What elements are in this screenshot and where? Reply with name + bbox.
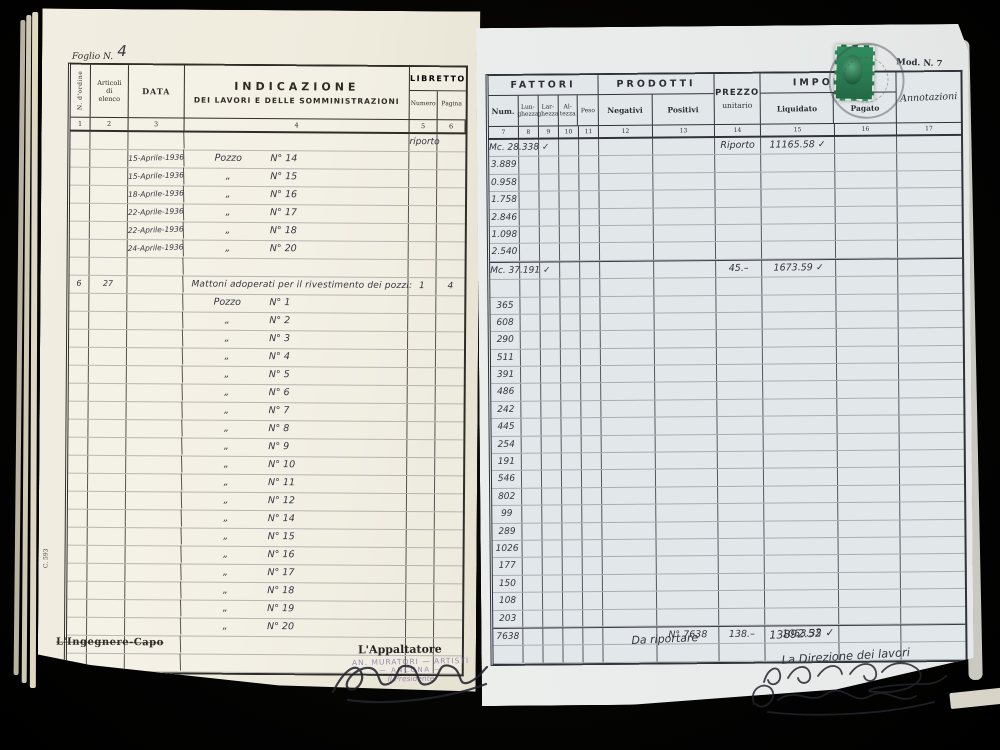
cell-lunghezza — [520, 280, 540, 297]
cell-libretto-pagina — [435, 440, 463, 457]
cell-peso — [582, 436, 602, 453]
cell-positivi — [653, 173, 715, 190]
cell-num: 445 — [491, 419, 521, 436]
table-row: „N° 20 — [67, 618, 462, 639]
column-header-ordine: N. d'ordine — [71, 65, 91, 117]
cell-date — [127, 311, 183, 330]
cell-negativi — [601, 314, 655, 331]
cell-num: 511 — [491, 349, 521, 366]
cell-altezza — [560, 262, 580, 279]
cell-annotazioni — [898, 276, 962, 293]
paper-stack-edge — [30, 12, 38, 688]
cell-peso — [579, 156, 599, 173]
cell-libretto-numero — [406, 602, 434, 619]
cell-positivi — [655, 365, 717, 382]
cell-libretto-numero — [407, 548, 435, 565]
cell-num: 177 — [493, 558, 523, 575]
cell-liquidato — [763, 381, 837, 398]
cell-pagato — [838, 520, 900, 537]
cell-num: 608 — [491, 315, 521, 332]
cell-larghezza — [541, 384, 561, 401]
cell-ordine — [68, 474, 88, 491]
cell-liquidato — [765, 555, 839, 572]
cell-pagato — [837, 398, 899, 415]
cell-annotazioni — [898, 223, 962, 240]
cell-altezza — [563, 646, 583, 663]
foglio-text: Foglio N. — [72, 52, 113, 62]
cell-liquidato — [765, 590, 839, 607]
cell-libretto-numero — [408, 332, 436, 349]
cell-lunghezza — [521, 419, 541, 436]
column-header-peso: Peso — [578, 95, 598, 125]
cell-prezzo — [719, 556, 765, 573]
cell-indicazione: „N° 15 — [182, 528, 407, 547]
cell-liquidato — [761, 189, 835, 206]
column-header-lunghezza: Lun- ghezza — [518, 96, 538, 126]
cell-peso — [581, 331, 601, 348]
cell-negativi — [600, 279, 654, 296]
cell-pagato — [839, 572, 901, 589]
cell-negativi — [602, 470, 656, 487]
cell-ordine — [70, 168, 90, 185]
cell-liquidato — [761, 154, 835, 171]
cell-indicazione: „N° 14 — [182, 510, 407, 529]
cell-annotazioni — [899, 398, 963, 415]
cell-indicazione: „N° 9 — [182, 438, 407, 457]
cell-negativi — [600, 243, 654, 260]
cell-pagato — [836, 259, 898, 276]
cell-articoli — [90, 132, 128, 149]
cell-libretto-pagina — [436, 386, 464, 403]
cell-negativi — [602, 453, 656, 470]
cell-date — [125, 527, 181, 546]
cell-ordine — [70, 132, 90, 149]
cell-annotazioni — [899, 346, 963, 363]
cell-peso — [580, 262, 600, 279]
cell-num: 1.098 — [490, 227, 520, 244]
cell-altezza — [563, 592, 583, 609]
cell-larghezza — [539, 157, 559, 174]
cell-libretto-pagina — [437, 260, 465, 277]
cell-lunghezza — [520, 209, 540, 226]
table-row: riporto — [70, 132, 465, 153]
table-row: „N° 11 — [68, 474, 463, 495]
cell-positivi — [656, 435, 718, 452]
cell-peso — [582, 471, 602, 488]
cell-date: 15-Aprile-1936 — [128, 167, 184, 186]
cell-negativi — [603, 592, 657, 609]
column-header-negativi: Negativi — [599, 95, 653, 125]
cell-liquidato: 11165.58 ✓ — [761, 137, 835, 154]
cell-prezzo: Riporto — [715, 138, 761, 155]
cell-lunghezza — [521, 401, 541, 418]
cell-prezzo — [717, 347, 763, 364]
group-header-fattori: FATTORI Num. Lun- ghezza Lar- ghezza Al-… — [488, 75, 598, 126]
cell-prezzo — [717, 400, 763, 417]
cell-liquidato — [763, 364, 837, 381]
cell-libretto-numero — [406, 584, 434, 601]
cell-larghezza — [543, 558, 563, 575]
cell-larghezza — [543, 646, 563, 663]
cell-ordine — [69, 384, 89, 401]
cell-altezza — [561, 314, 581, 331]
cell-articoli — [87, 618, 125, 635]
cell-pagato — [837, 346, 899, 363]
cell-larghezza — [540, 209, 560, 226]
cell-pagato — [838, 503, 900, 520]
cell-date — [125, 545, 181, 564]
cell-articoli — [88, 456, 126, 473]
cell-altezza — [560, 244, 580, 261]
cell-altezza — [560, 279, 580, 296]
cell-positivi — [654, 278, 716, 295]
cell-num: 546 — [492, 471, 522, 488]
cell-lunghezza — [522, 471, 542, 488]
cell-articoli — [89, 384, 127, 401]
cell-indicazione: „N° 16 — [182, 546, 407, 565]
cell-lunghezza — [521, 349, 541, 366]
cell-annotazioni — [901, 625, 965, 642]
cell-liquidato — [764, 503, 838, 520]
cell-peso — [581, 401, 601, 418]
cell-prezzo — [717, 382, 763, 399]
cell-annotazioni — [900, 520, 964, 537]
cell-libretto-numero — [407, 458, 435, 475]
left-table-rows: riporto 15-Aprile-1936 PozzoN° 14 15-Apr… — [67, 132, 466, 675]
ledger-left-page: Foglio N.4 C. 593 N. d'ordine Articoli d… — [38, 8, 481, 691]
cell-num: 486 — [491, 384, 521, 401]
table-row: 18-Aprile-1936 „N° 16 — [70, 186, 465, 207]
cell-ordine — [70, 258, 90, 275]
cell-date — [127, 365, 183, 384]
cell-num: Mc. 28.338 ✓ — [489, 140, 519, 157]
cell-larghezza — [539, 139, 559, 156]
cell-libretto-numero — [409, 206, 437, 223]
cell-articoli — [89, 312, 127, 329]
cell-positivi — [654, 296, 716, 313]
cell-indicazione: „N° 5 — [183, 366, 408, 385]
cell-larghezza — [542, 471, 562, 488]
cell-positivi — [656, 469, 718, 486]
cell-ordine — [69, 402, 89, 419]
cell-indicazione: PozzoN° 1 — [183, 294, 408, 313]
cell-num: 391 — [491, 367, 521, 384]
cell-annotazioni — [897, 188, 961, 205]
cell-pagato — [839, 537, 901, 554]
cell-liquidato — [763, 416, 837, 433]
cell-liquidato — [765, 608, 839, 625]
cell-altezza — [559, 191, 579, 208]
cell-libretto-numero — [407, 476, 435, 493]
cell-date — [125, 581, 181, 600]
cell-lunghezza — [523, 575, 543, 592]
cell-annotazioni — [898, 259, 962, 276]
cell-lunghezza — [522, 506, 542, 523]
cell-annotazioni — [899, 328, 963, 345]
cell-altezza — [559, 157, 579, 174]
cell-positivi — [653, 155, 715, 172]
cell-indicazione: „N° 20 — [184, 240, 409, 259]
cell-negativi — [600, 226, 654, 243]
cell-ordine — [70, 186, 90, 203]
cell-date — [126, 509, 182, 528]
cell-ordine — [70, 150, 90, 167]
cell-larghezza — [543, 628, 563, 645]
column-header-num: Num. — [489, 96, 519, 126]
cell-altezza — [562, 505, 582, 522]
cell-libretto-numero — [409, 242, 437, 259]
cell-peso — [582, 453, 602, 470]
cell-larghezza — [541, 332, 561, 349]
cell-ordine — [68, 438, 88, 455]
cell-libretto-numero — [407, 494, 435, 511]
cell-date — [127, 275, 183, 294]
cell-num: 191 — [492, 454, 522, 471]
cell-liquidato — [764, 486, 838, 503]
cell-ordine — [67, 582, 87, 599]
cell-liquidato — [762, 295, 836, 312]
cell-liquidato — [762, 207, 836, 224]
right-ledger-table: FATTORI Num. Lun- ghezza Lar- ghezza Al-… — [485, 70, 967, 666]
cell-articoli — [87, 582, 125, 599]
cell-peso — [583, 645, 603, 662]
cell-num: 365 — [490, 297, 520, 314]
cell-lunghezza — [519, 140, 539, 157]
cell-lunghezza — [523, 646, 543, 663]
table-row: 24-Aprile-1936 „N° 20 — [70, 240, 465, 261]
cell-prezzo — [715, 190, 761, 207]
cell-negativi — [602, 522, 656, 539]
cell-positivi — [655, 417, 717, 434]
table-row: „N° 7 — [69, 402, 464, 423]
cell-prezzo — [717, 365, 763, 382]
column-header-altezza: Al- tezza — [558, 95, 578, 125]
cell-positivi — [656, 522, 718, 539]
cell-libretto-pagina — [437, 206, 465, 223]
cell-larghezza — [540, 297, 560, 314]
cell-num: 290 — [491, 332, 521, 349]
cell-pagato — [835, 136, 897, 153]
cell-libretto-pagina — [436, 350, 464, 367]
column-header-annotazioni: Annotazioni — [896, 71, 962, 124]
cell-num: 108 — [493, 593, 523, 610]
cell-libretto-numero: 1 — [408, 278, 436, 295]
table-row: „N° 2 — [69, 312, 464, 333]
cell-larghezza — [543, 593, 563, 610]
cell-pagato — [838, 468, 900, 485]
cell-num: 2.540 — [490, 244, 520, 261]
cell-altezza — [563, 628, 583, 645]
cell-prezzo: 45.– — [716, 260, 762, 277]
cell-date — [126, 401, 182, 420]
cell-liquidato — [763, 347, 837, 364]
column-header-libretto: LIBRETTO Numero Pagina — [410, 67, 466, 119]
cell-libretto-pagina — [437, 224, 465, 241]
cell-altezza — [561, 349, 581, 366]
cell-ordine — [69, 348, 89, 365]
table-row: „N° 17 — [67, 564, 462, 585]
cell-articoli — [90, 204, 128, 221]
cell-libretto-pagina — [437, 170, 465, 187]
cell-annotazioni — [901, 572, 965, 589]
cell-annotazioni — [900, 433, 964, 450]
cell-date — [125, 653, 181, 672]
cell-liquidato — [763, 329, 837, 346]
cell-libretto-pagina: 4 — [436, 278, 464, 295]
cell-positivi — [657, 644, 719, 661]
cell-peso — [582, 523, 602, 540]
table-row: „N° 18 — [67, 582, 462, 603]
cell-annotazioni — [900, 467, 964, 484]
cell-liquidato — [764, 451, 838, 468]
cell-negativi — [600, 208, 654, 225]
cell-ordine — [70, 240, 90, 257]
cell-prezzo — [718, 486, 764, 503]
cell-date — [126, 437, 182, 456]
cell-pagato — [836, 277, 898, 294]
cell-positivi — [655, 400, 717, 417]
cell-libretto-numero — [408, 296, 436, 313]
cell-negativi — [602, 505, 656, 522]
cell-articoli — [88, 420, 126, 437]
cell-negativi — [599, 173, 653, 190]
cell-pagato — [837, 311, 899, 328]
cell-larghezza — [543, 575, 563, 592]
cell-larghezza — [540, 244, 560, 261]
cell-num: Mc. 37.191 ✓ — [490, 263, 520, 280]
cell-peso — [583, 610, 603, 627]
cell-altezza — [560, 209, 580, 226]
cell-prezzo — [716, 207, 762, 224]
cell-lunghezza — [520, 227, 540, 244]
cell-annotazioni — [899, 380, 963, 397]
cell-articoli — [88, 546, 126, 563]
cell-ordine — [69, 312, 89, 329]
cell-peso — [581, 418, 601, 435]
cell-lunghezza — [523, 558, 543, 575]
cell-larghezza — [540, 226, 560, 243]
cell-articoli — [89, 348, 127, 365]
cell-negativi — [600, 296, 654, 313]
cell-ordine — [67, 654, 87, 671]
cell-libretto-pagina — [436, 314, 464, 331]
cell-annotazioni — [901, 606, 965, 623]
column-header-liquidato: Liquidato — [761, 93, 835, 124]
cell-altezza — [563, 540, 583, 557]
table-row: 15-Aprile-1936 PozzoN° 14 — [70, 150, 465, 171]
cell-annotazioni — [900, 450, 964, 467]
cell-peso — [580, 279, 600, 296]
cell-lunghezza — [522, 436, 542, 453]
column-header-articoli: Articoli di elenco — [91, 65, 129, 117]
cell-date — [125, 599, 181, 618]
cell-lunghezza — [521, 384, 541, 401]
table-row: „N° 5 — [69, 366, 464, 387]
cell-larghezza — [542, 523, 562, 540]
cell-peso — [583, 628, 603, 645]
cell-libretto-pagina — [436, 332, 464, 349]
cell-negativi — [603, 557, 657, 574]
cell-date — [128, 132, 184, 151]
cell-num: 7638 — [493, 629, 523, 646]
cell-negativi — [599, 139, 653, 156]
cell-libretto-numero — [407, 440, 435, 457]
cell-altezza — [561, 366, 581, 383]
cell-negativi — [603, 574, 657, 591]
cell-date — [127, 293, 183, 312]
table-row: 6 27 Mattoni adoperati per il rivestimen… — [69, 276, 464, 297]
cell-altezza — [562, 523, 582, 540]
cell-indicazione: „N° 8 — [182, 420, 407, 439]
cell-larghezza — [541, 401, 561, 418]
cell-peso — [579, 191, 599, 208]
cell-ordine: 6 — [69, 276, 89, 293]
left-ledger-table: N. d'ordine Articoli di elenco DATA INDI… — [64, 63, 468, 677]
cell-indicazione — [184, 132, 409, 151]
cell-pagato — [839, 590, 901, 607]
cell-num: 203 — [493, 610, 523, 627]
cell-larghezza — [542, 453, 562, 470]
cell-libretto-pagina — [434, 584, 462, 601]
cell-libretto-numero — [408, 404, 436, 421]
cell-annotazioni — [901, 589, 965, 606]
cell-pagato — [838, 433, 900, 450]
cell-annotazioni — [900, 502, 964, 519]
cell-altezza — [562, 488, 582, 505]
cell-annotazioni — [898, 240, 962, 257]
cell-peso — [579, 139, 599, 156]
cell-date — [125, 563, 181, 582]
cell-positivi — [657, 609, 719, 626]
cell-prezzo — [719, 591, 765, 608]
cell-lunghezza — [522, 523, 542, 540]
cell-pagato — [838, 451, 900, 468]
cell-num: 242 — [491, 402, 521, 419]
cell-libretto-pagina — [435, 476, 463, 493]
cell-prezzo — [718, 521, 764, 538]
cell-articoli — [87, 600, 125, 617]
cell-pagato — [835, 189, 897, 206]
cell-date: 15-Aprile-1936 — [128, 150, 184, 169]
cell-indicazione: Mattoni adoperati per il rivestimento de… — [183, 276, 408, 295]
cell-num: 99 — [492, 506, 522, 523]
cell-negativi — [601, 348, 655, 365]
cell-pagato — [836, 223, 898, 240]
cell-liquidato — [764, 468, 838, 485]
cell-annotazioni — [897, 171, 961, 188]
cell-indicazione: „N° 6 — [183, 384, 408, 403]
cell-positivi — [657, 574, 719, 591]
cell-libretto-numero — [407, 530, 435, 547]
cell-positivi — [657, 591, 719, 608]
cell-articoli — [89, 330, 127, 347]
cell-ordine — [67, 618, 87, 635]
cell-articoli — [89, 402, 127, 419]
cell-positivi — [653, 138, 715, 155]
cell-altezza — [561, 419, 581, 436]
table-row: „N° 15 — [68, 528, 463, 549]
cell-lunghezza — [522, 488, 542, 505]
table-row: 15-Aprile-1936 „N° 15 — [70, 168, 465, 189]
cell-date: 22-Aprile-1936 — [128, 221, 184, 240]
table-row: „N° 9 — [68, 438, 463, 459]
cell-negativi — [599, 156, 653, 173]
column-header-numero: Numero — [410, 91, 438, 119]
cell-ordine — [68, 420, 88, 437]
cell-prezzo — [719, 573, 765, 590]
cell-peso — [583, 540, 603, 557]
cell-num: 1.758 — [489, 192, 519, 209]
